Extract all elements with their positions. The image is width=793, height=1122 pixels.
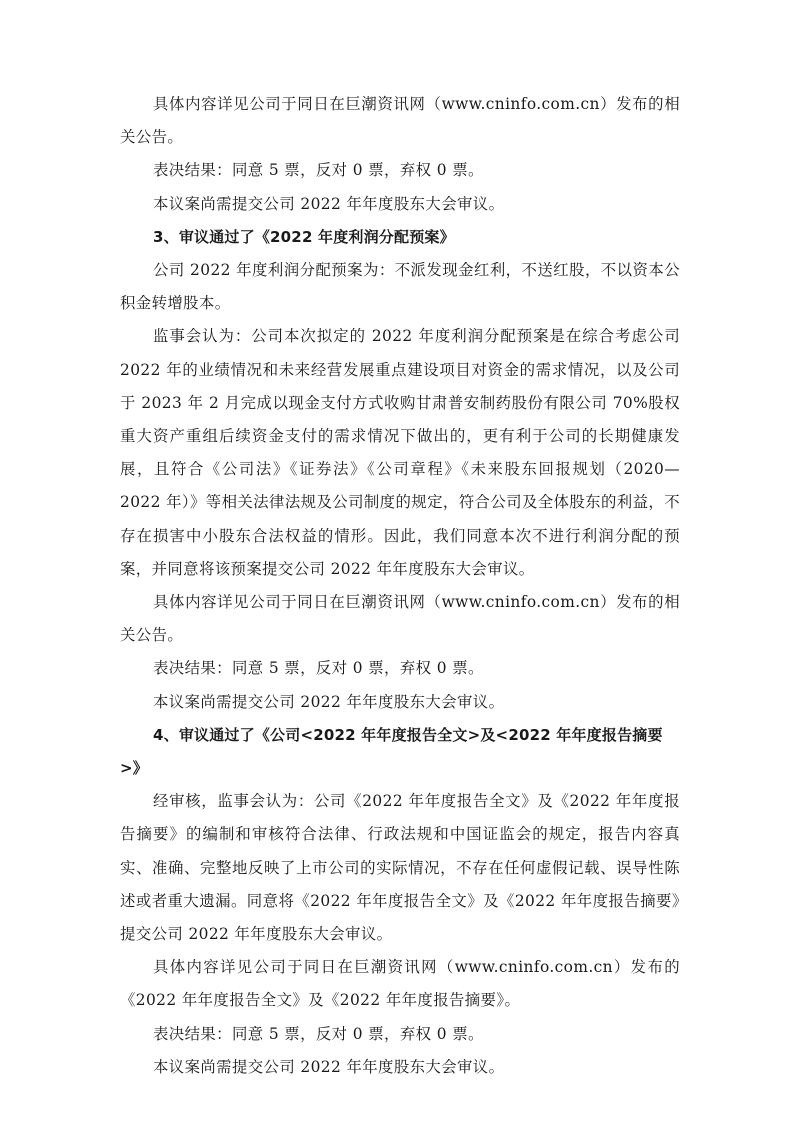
document-page: 具体内容详见公司于同日在巨潮资讯网（www.cninfo.com.cn）发布的相… [120,88,680,1084]
paragraph-details-link-1: 具体内容详见公司于同日在巨潮资讯网（www.cninfo.com.cn）发布的相… [120,88,680,154]
paragraph-details-link-3: 具体内容详见公司于同日在巨潮资讯网（www.cninfo.com.cn）发布的《… [120,951,680,1017]
section-heading-3: 3、审议通过了《2022 年度利润分配预案》 [120,221,680,254]
paragraph-submission-note-3: 本议案尚需提交公司 2022 年年度股东大会审议。 [120,1051,680,1084]
paragraph-profit-plan: 公司 2022 年度利润分配预案为：不派发现金红利，不送红股，不以资本公积金转增… [120,254,680,320]
paragraph-vote-result-3: 表决结果：同意 5 票，反对 0 票，弃权 0 票。 [120,1018,680,1051]
paragraph-vote-result-2: 表决结果：同意 5 票，反对 0 票，弃权 0 票。 [120,652,680,685]
paragraph-supervisory-opinion-1: 监事会认为：公司本次拟定的 2022 年度利润分配预案是在综合考虑公司 2022… [120,320,680,586]
paragraph-submission-note-1: 本议案尚需提交公司 2022 年年度股东大会审议。 [120,188,680,221]
paragraph-supervisory-opinion-2: 经审核，监事会认为：公司《2022 年年度报告全文》及《2022 年年度报告摘要… [120,785,680,951]
section-heading-4: 4、审议通过了《公司<2022 年年度报告全文>及<2022 年年度报告摘要>》 [120,719,680,785]
paragraph-details-link-2: 具体内容详见公司于同日在巨潮资讯网（www.cninfo.com.cn）发布的相… [120,586,680,652]
paragraph-vote-result-1: 表决结果：同意 5 票，反对 0 票，弃权 0 票。 [120,154,680,187]
paragraph-submission-note-2: 本议案尚需提交公司 2022 年年度股东大会审议。 [120,686,680,719]
